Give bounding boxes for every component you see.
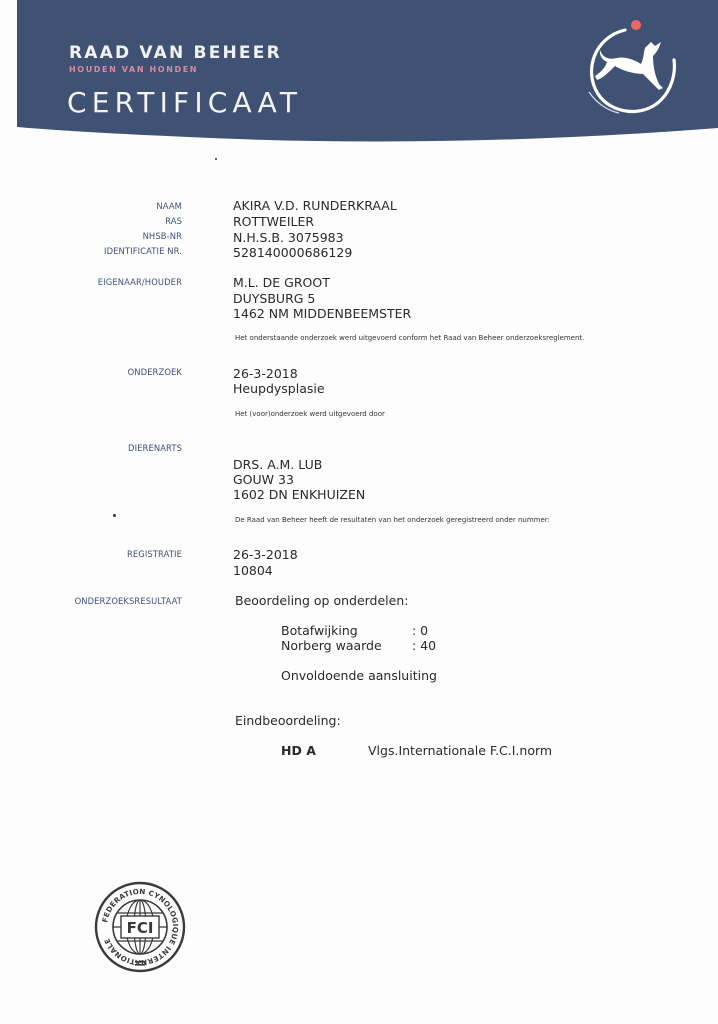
owner-street: DUYSBURG 5 [233,291,315,307]
label-naam: NAAM [156,201,182,211]
value-naam: AKIRA V.D. RUNDERKRAAL [233,198,397,214]
value-identificatie: 528140000686129 [233,245,352,261]
label-eigenaar: EIGENAAR/HOUDER [98,277,182,287]
result-item-name: Botafwijking [281,623,358,638]
examination-date: 26-3-2018 [233,366,298,382]
final-norm: Vlgs.Internationale F.C.I.norm [368,743,552,758]
value-nhsb: N.H.S.B. 3075983 [233,230,344,246]
label-identificatie: IDENTIFICATIE NR. [104,246,182,256]
result-remark: Onvoldoende aansluiting [281,668,437,683]
result-item-name: Norberg waarde [281,638,382,653]
examination-type: Heupdysplasie [233,381,325,397]
organization-name: RAAD VAN BEHEER [69,43,282,63]
note-performed-by: Het (voor)onderzoek werd uitgevoerd door [235,410,385,418]
owner-city: 1462 NM MIDDENBEEMSTER [233,306,411,322]
value-ras: ROTTWEILER [233,214,314,230]
label-onderzoeksresultaat: ONDERZOEKSRESULTAAT [75,596,182,606]
organization-tagline: HOUDEN VAN HONDEN [69,65,198,74]
vet-city: 1602 DN ENKHUIZEN [233,487,365,503]
label-dierenarts: DIERENARTS [128,443,182,453]
vet-street: GOUW 33 [233,472,294,488]
result-item-value: : 0 [412,623,428,638]
parts-heading: Beoordeling op onderdelen: [235,593,408,608]
vet-name: DRS. A.M. LUB [233,457,322,473]
note-registered: De Raad van Beheer heeft de resultaten v… [235,516,550,524]
result-item-value: : 40 [412,638,436,653]
scan-speck [215,158,217,160]
label-ras: RAS [165,216,182,226]
fci-seal-icon: FCI FEDERATION CYNOLOGIQUE INTERNATIONAL… [94,881,186,973]
note-conform: Het onderstaande onderzoek werd uitgevoe… [235,334,584,342]
registration-date: 26-3-2018 [233,547,298,563]
final-heading: Eindbeoordeling: [235,713,341,728]
svg-text:FCI: FCI [127,919,154,937]
scan-speck [113,514,116,517]
label-nhsb: NHSB-NR [143,231,182,241]
leaping-dog-ring-icon [573,12,683,122]
final-grade: HD A [281,743,316,758]
label-registratie: REGISTRATIE [127,549,182,559]
registration-number: 10804 [233,563,273,579]
owner-name: M.L. DE GROOT [233,275,330,291]
document-title: CERTIFICAAT [67,86,302,119]
label-onderzoek: ONDERZOEK [128,367,182,377]
